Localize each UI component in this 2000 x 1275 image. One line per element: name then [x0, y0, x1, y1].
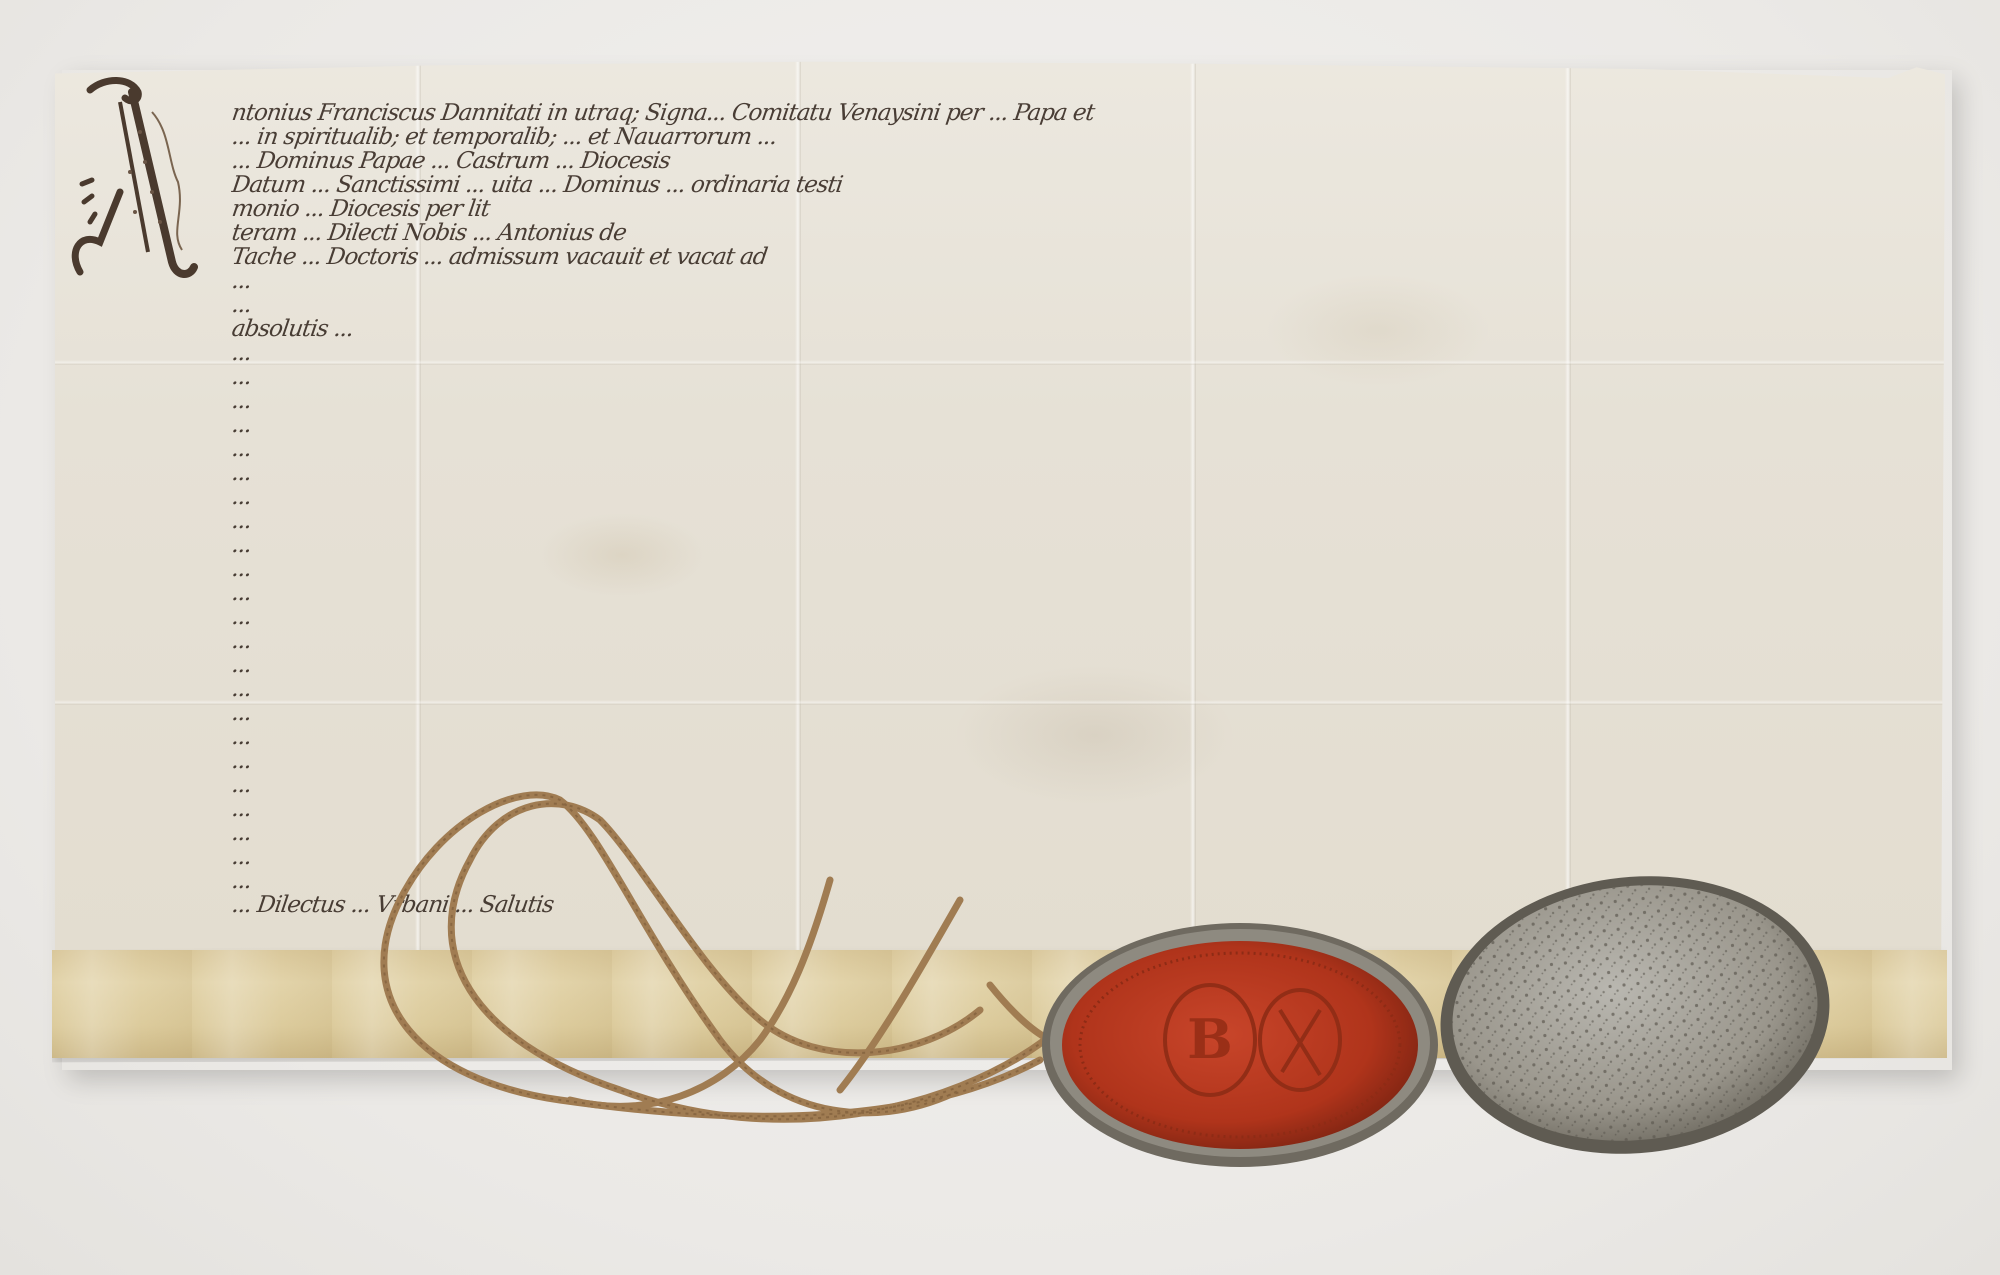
seal-and-cord: B: [0, 0, 2000, 1275]
wax-seal-icon: B: [1042, 923, 1438, 1167]
svg-text:B: B: [1187, 1007, 1233, 1071]
cord-icon: [384, 795, 1050, 1119]
seal-box-lid-icon: [1427, 857, 1844, 1172]
